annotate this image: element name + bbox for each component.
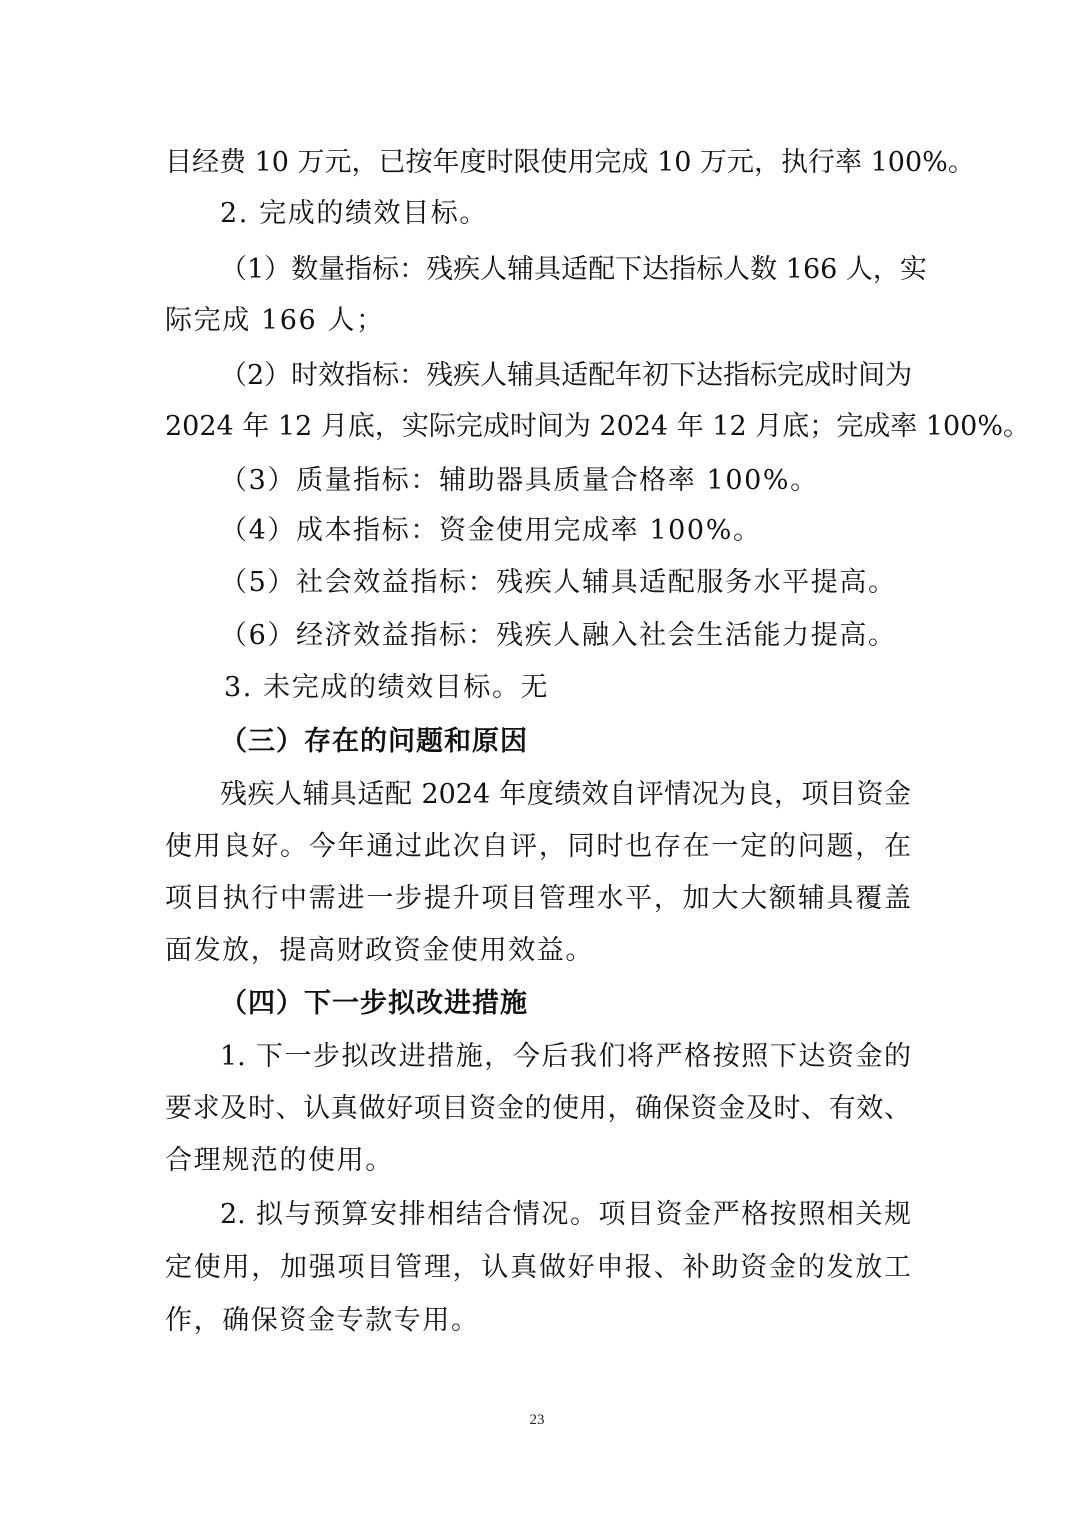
list-item-economic-benefit-indicator: （6）经济效益指标：残疾人融入社会生活能力提高。	[220, 619, 911, 653]
section-heading-problems: （三）存在的问题和原因	[220, 725, 911, 759]
section-heading-improvements: （四）下一步拟改进措施	[220, 987, 911, 1021]
paragraph-line: 目经费 10 万元，已按年度时限使用完成 10 万元，执行率 100%。	[165, 146, 911, 180]
page-number: 23	[0, 1412, 1074, 1429]
list-item-quality-indicator: （3）质量指标：辅助器具质量合格率 100%。	[220, 464, 911, 498]
paragraph-line: 使用良好。今年通过此次自评，同时也存在一定的问题，在	[165, 830, 911, 864]
paragraph-line: 残疾人辅具适配 2024 年度绩效自评情况为良，项目资金	[220, 778, 911, 812]
paragraph-line: 合理规范的使用。	[165, 1144, 911, 1178]
paragraph-line: 面发放，提高财政资金使用效益。	[165, 934, 911, 968]
list-item-timeliness-indicator: （2）时效指标：残疾人辅具适配年初下达指标完成时间为	[220, 359, 911, 393]
paragraph-line: 作，确保资金专款专用。	[165, 1304, 911, 1338]
list-item-social-benefit-indicator: （5）社会效益指标：残疾人辅具适配服务水平提高。	[220, 566, 911, 600]
paragraph-line: 要求及时、认真做好项目资金的使用，确保资金及时、有效、	[165, 1092, 911, 1126]
list-item-improvement-2: 2. 拟与预算安排相结合情况。项目资金严格按照相关规	[220, 1198, 911, 1232]
list-item-completed-goals: 2. 完成的绩效目标。	[220, 197, 911, 231]
paragraph-line: 2024 年 12 月底，实际完成时间为 2024 年 12 月底；完成率 10…	[165, 410, 911, 444]
list-item-improvement-1: 1. 下一步拟改进措施，今后我们将严格按照下达资金的	[220, 1040, 911, 1074]
list-item-cost-indicator: （4）成本指标：资金使用完成率 100%。	[220, 514, 911, 548]
paragraph-line: 项目执行中需进一步提升项目管理水平，加大大额辅具覆盖	[165, 882, 911, 916]
list-item-quantity-indicator: （1）数量指标：残疾人辅具适配下达指标人数 166 人，实	[220, 253, 911, 287]
paragraph-line: 定使用，加强项目管理，认真做好申报、补助资金的发放工	[165, 1251, 911, 1285]
paragraph-line: 际完成 166 人；	[165, 304, 911, 338]
list-item-uncompleted-goals: 3. 未完成的绩效目标。无	[224, 671, 970, 705]
